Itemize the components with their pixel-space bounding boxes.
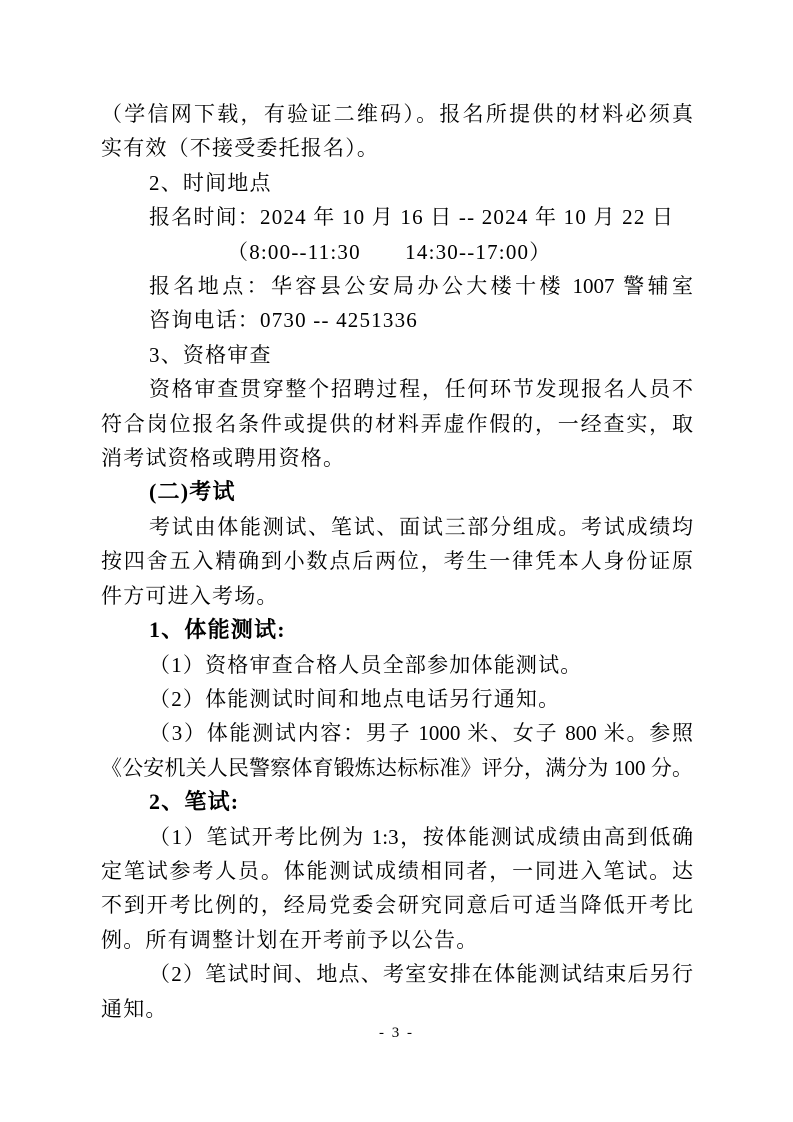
- document-page: （学信网下载，有验证二维码）。报名所提供的材料必须真实有效（不接受委托报名）。2…: [0, 0, 793, 1122]
- text-line: 通知。: [101, 992, 693, 1026]
- text-line: 件方可进入考场。: [101, 579, 693, 613]
- text-line: (二)考试: [101, 475, 693, 509]
- text-line: 资格审查贯穿整个招聘过程，任何环节发现报名人员不: [101, 372, 693, 406]
- text-line: 2、笔试:: [101, 785, 693, 819]
- text-line: 定笔试参考人员。体能测试成绩相同者，一同进入笔试。达: [101, 854, 693, 888]
- text-line: 考试由体能测试、笔试、面试三部分组成。考试成绩均: [101, 510, 693, 544]
- text-line: （学信网下载，有验证二维码）。报名所提供的材料必须真: [101, 97, 693, 131]
- text-line: 报名时间：2024 年 10 月 16 日 -- 2024 年 10 月 22 …: [101, 200, 693, 234]
- text-line: 2、时间地点: [101, 166, 693, 200]
- text-line: （1）资格审查合格人员全部参加体能测试。: [101, 648, 693, 682]
- document-body: （学信网下载，有验证二维码）。报名所提供的材料必须真实有效（不接受委托报名）。2…: [101, 97, 693, 1026]
- text-line: 不到开考比例的，经局党委会研究同意后可适当降低开考比: [101, 888, 693, 922]
- text-line: （1）笔试开考比例为 1:3，按体能测试成绩由高到低确: [101, 820, 693, 854]
- text-line: （2）体能测试时间和地点电话另行通知。: [101, 682, 693, 716]
- text-line: 例。所有调整计划在开考前予以公告。: [101, 923, 693, 957]
- text-line: 报名地点：华容县公安局办公大楼十楼 1007 警辅室: [101, 269, 693, 303]
- text-line: 符合岗位报名条件或提供的材料弄虚作假的，一经查实，取: [101, 407, 693, 441]
- text-line: 按四舍五入精确到小数点后两位，考生一律凭本人身份证原: [101, 544, 693, 578]
- text-line: 实有效（不接受委托报名）。: [101, 131, 693, 165]
- page-number: - 3 -: [0, 1022, 793, 1044]
- text-line: （8:00--11:30 14:30--17:00）: [101, 235, 693, 269]
- text-line: 3、资格审查: [101, 338, 693, 372]
- text-line: 消考试资格或聘用资格。: [101, 441, 693, 475]
- text-line: 《公安机关人民警察体育锻炼达标标准》评分，满分为 100 分。: [101, 751, 693, 785]
- text-line: 咨询电话：0730 -- 4251336: [101, 303, 693, 337]
- text-line: （2）笔试时间、地点、考室安排在体能测试结束后另行: [101, 957, 693, 991]
- text-line: 1、体能测试:: [101, 613, 693, 647]
- text-line: （3）体能测试内容：男子 1000 米、女子 800 米。参照: [101, 716, 693, 750]
